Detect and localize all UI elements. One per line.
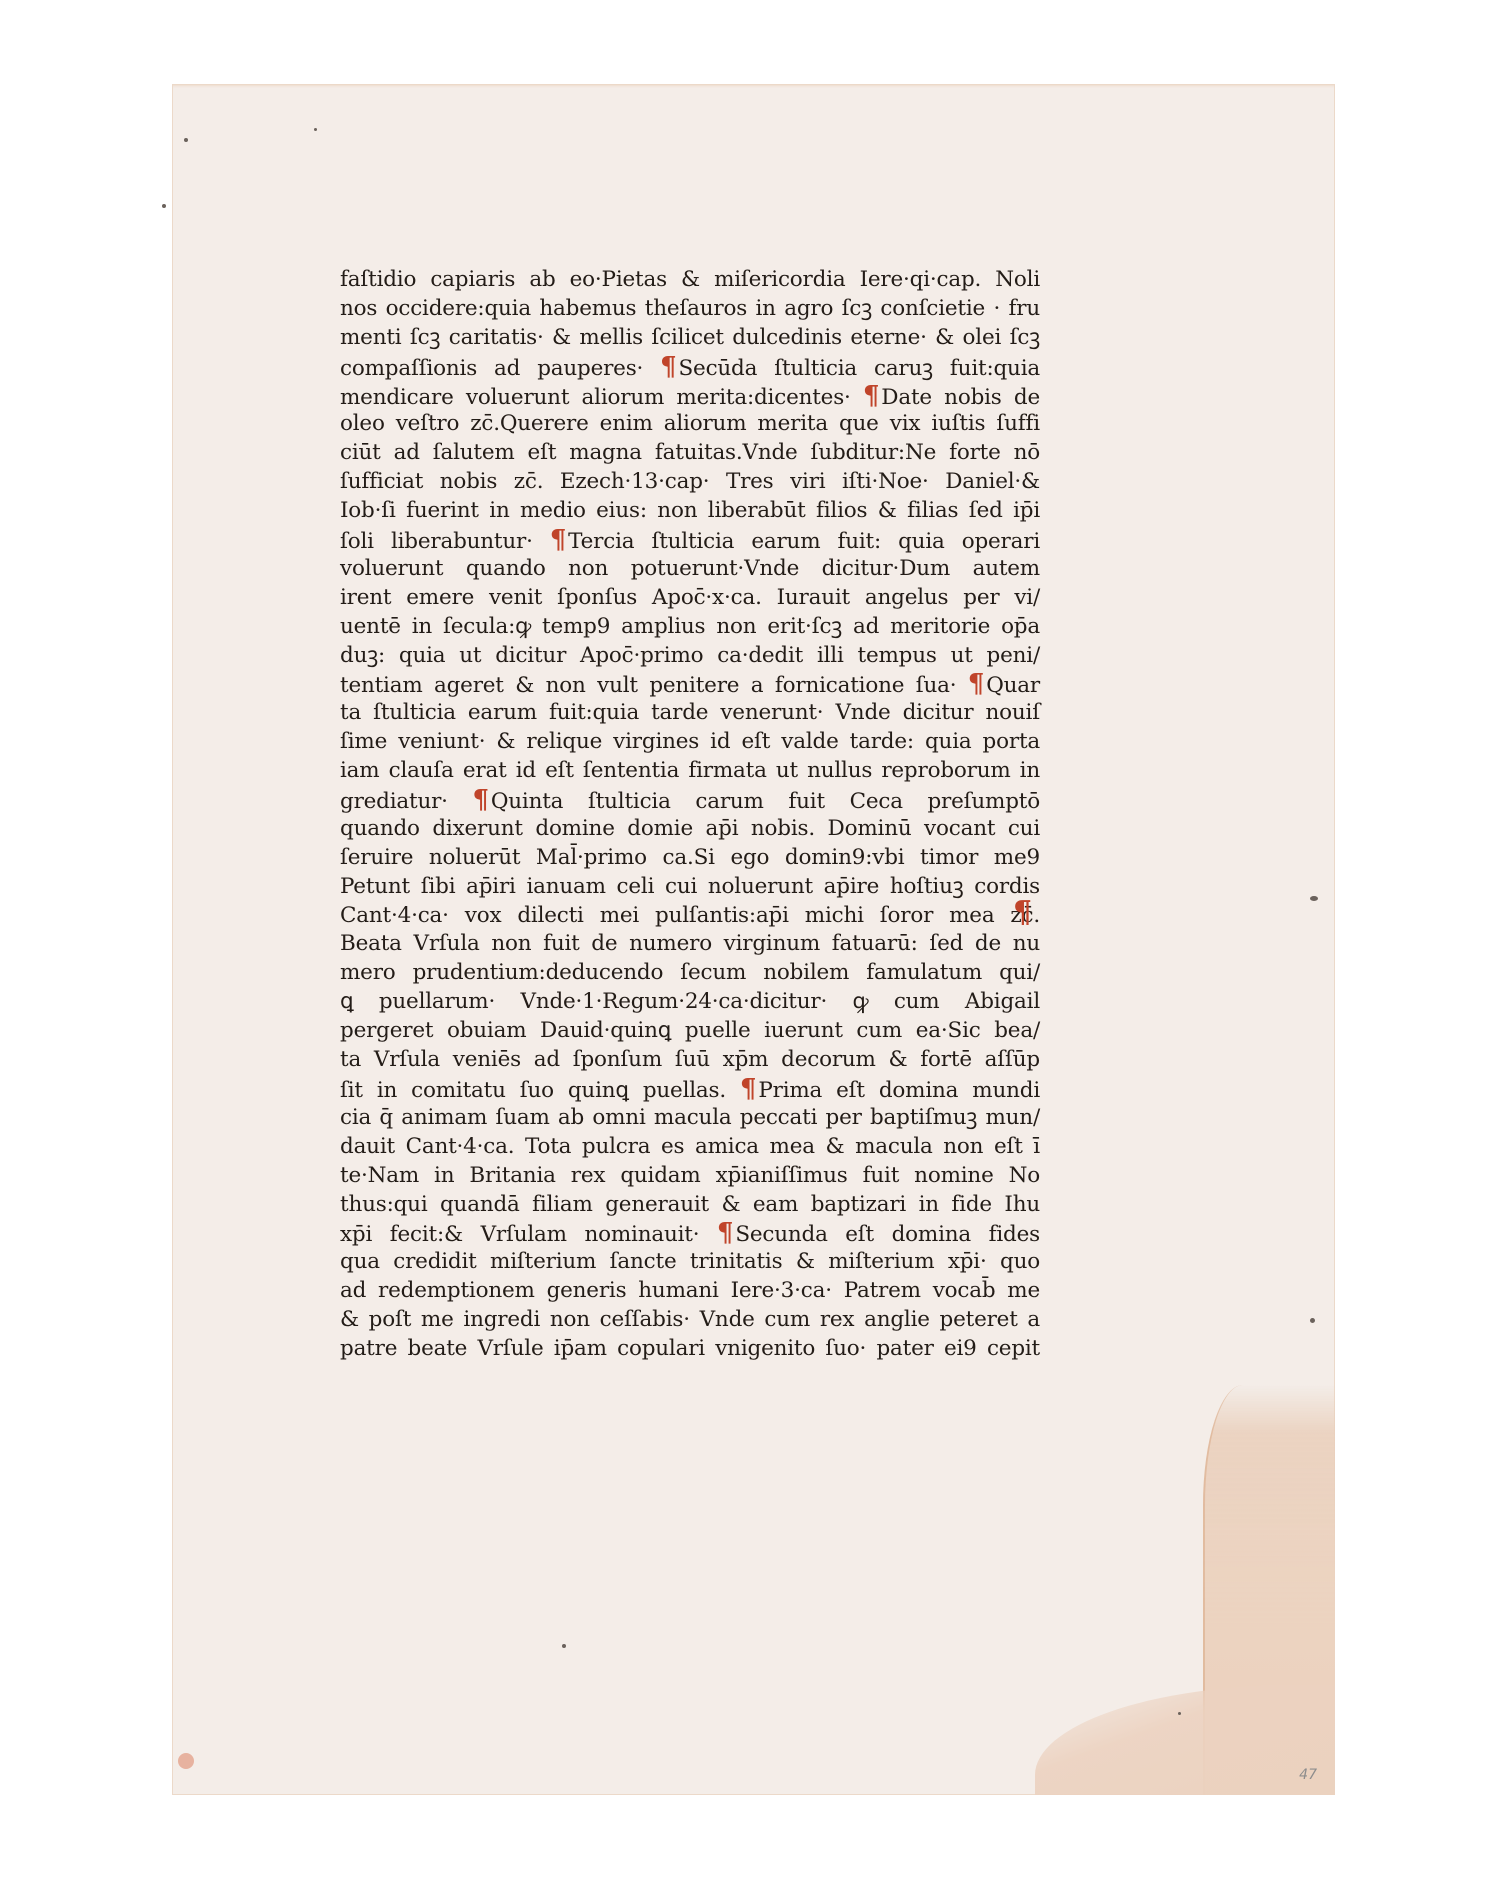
- text-segment: Prima eſt domina mundi: [758, 1078, 1040, 1103]
- text-segment: ta Vrſula veniēs ad ſponſum ſuū xp̄m dec…: [340, 1047, 1040, 1072]
- text-segment: ad redemptionem generis humani Iere·3·ca…: [340, 1278, 1040, 1303]
- text-segment: ꝗ puellarum· Vnde·1·Regum·24·ca·dicitur·…: [340, 989, 1040, 1014]
- text-segment: irent emere venit ſponſus Apoc̄·x·ca. Iu…: [340, 585, 1040, 610]
- red-stain-spot: [178, 1753, 194, 1769]
- margin-paragraph-mark: ¶: [1013, 895, 1032, 930]
- text-line: voluerunt quando non potuerunt·Vnde dici…: [340, 555, 1040, 584]
- text-segment: te·Nam in Britania rex quidam xp̄ianiſſi…: [340, 1163, 1040, 1188]
- text-line: duꝫ: quia ut dicitur Apoc̄·primo ca·dedi…: [340, 642, 1040, 671]
- foxing-spot: [1310, 896, 1318, 901]
- text-line: irent emere venit ſponſus Apoc̄·x·ca. Iu…: [340, 584, 1040, 613]
- text-segment: Petunt ſibi ap̄iri ianuam celi cui nolue…: [340, 874, 1040, 899]
- text-segment: thus:qui quandā filiam generauit & eam b…: [340, 1192, 1040, 1217]
- water-stain-bottom: [1035, 1685, 1335, 1795]
- text-line: Petunt ſibi ap̄iri ianuam celi cui nolue…: [340, 873, 1040, 902]
- text-line: ſoli liberabuntur· ¶Tercia ſtulticia ear…: [340, 526, 1040, 555]
- text-segment: xp̄i fecit:& Vrſulam nominauit·: [340, 1222, 717, 1247]
- text-line: Cant·4·ca· vox dilecti mei pulſantis:ap̄…: [340, 902, 1040, 931]
- text-segment: pergeret obuiam Dauid·quinꝗ puelle iueru…: [340, 1018, 1040, 1043]
- text-line: Beata Vrſula non fuit de numero virginum…: [340, 930, 1040, 959]
- text-segment: ſit in comitatu ſuo quinꝗ puellas.: [340, 1078, 740, 1103]
- text-segment: ſime veniunt· & relique virgines id eſt …: [340, 729, 1040, 754]
- text-line: ſime veniunt· & relique virgines id eſt …: [340, 728, 1040, 757]
- text-segment: menti ſcꝫ caritatis· & mellis ſcilicet d…: [340, 325, 1040, 350]
- text-segment: grediatur·: [340, 789, 472, 814]
- text-segment: qua credidit miſterium ſancte trinitatis…: [340, 1249, 1040, 1274]
- text-segment: compaſſionis ad pauperes·: [340, 356, 660, 381]
- text-line: menti ſcꝫ caritatis· & mellis ſcilicet d…: [340, 324, 1040, 353]
- text-line: faſtidio capiaris ab eo·Pietas & miſeric…: [340, 266, 1040, 295]
- paragraph-mark-icon: ¶: [550, 525, 566, 555]
- paragraph-mark-icon: ¶: [660, 352, 676, 382]
- text-segment: oleo veſtro zc̄.Querere enim aliorum mer…: [340, 411, 1040, 436]
- text-line: qua credidit miſterium ſancte trinitatis…: [340, 1248, 1040, 1277]
- paragraph-mark-icon: ¶: [740, 1074, 756, 1104]
- text-segment: dauit Cant·4·ca. Tota pulcra es amica me…: [340, 1134, 1040, 1159]
- text-line: dauit Cant·4·ca. Tota pulcra es amica me…: [340, 1133, 1040, 1162]
- text-line: mero prudentium:deducendo ſecum nobilem …: [340, 959, 1040, 988]
- text-segment: quando dixerunt domine domie ap̄i nobis.…: [340, 816, 1040, 841]
- text-line: xp̄i fecit:& Vrſulam nominauit· ¶Secunda…: [340, 1219, 1040, 1248]
- text-line: thus:qui quandā filiam generauit & eam b…: [340, 1191, 1040, 1220]
- foxing-spot: [562, 1644, 566, 1648]
- text-segment: uentē in ſecula:ꝙ temp9 amplius non erit…: [340, 614, 1040, 639]
- text-line: tentiam ageret & non vult penitere a for…: [340, 670, 1040, 699]
- text-segment: Tercia ſtulticia earum fuit: quia operar…: [568, 529, 1040, 554]
- foxing-spot: [184, 138, 188, 142]
- paragraph-mark-icon: ¶: [968, 669, 984, 699]
- text-line: compaſſionis ad pauperes· ¶Secūda ſtulti…: [340, 353, 1040, 382]
- text-segment: Iob·ſi fuerint in medio eius: non libera…: [340, 498, 1040, 523]
- text-segment: Secunda eſt domina fides: [735, 1222, 1040, 1247]
- text-line: te·Nam in Britania rex quidam xp̄ianiſſi…: [340, 1162, 1040, 1191]
- text-segment: patre beate Vrſule ip̄am copulari vnigen…: [340, 1336, 1040, 1361]
- text-segment: mero prudentium:deducendo ſecum nobilem …: [340, 960, 1040, 985]
- text-segment: ſufficiat nobis zc̄. Ezech·13·cap· Tres …: [340, 469, 1040, 494]
- text-segment: ciūt ad ſalutem eſt magna fatuitas.Vnde …: [340, 440, 1040, 465]
- text-line: cia q̄ animam ſuam ab omni macula peccat…: [340, 1104, 1040, 1133]
- text-line: ta Vrſula veniēs ad ſponſum ſuū xp̄m dec…: [340, 1046, 1040, 1075]
- text-segment: ſeruire noluerūt Mal̄·primo ca.Si ego do…: [340, 845, 1040, 870]
- foxing-spot: [1310, 1318, 1315, 1323]
- text-segment: Quar: [986, 673, 1040, 698]
- text-line: ta ſtulticia earum fuit:quia tarde vener…: [340, 699, 1040, 728]
- text-segment: Quinta ſtulticia carum fuit Ceca preſump…: [491, 789, 1040, 814]
- text-line: nos occidere:quia habemus theſauros in a…: [340, 295, 1040, 324]
- text-segment: Cant·4·ca· vox dilecti mei pulſantis:ap̄…: [340, 903, 1040, 928]
- text-line: uentē in ſecula:ꝙ temp9 amplius non erit…: [340, 613, 1040, 642]
- foxing-spot: [162, 204, 166, 208]
- text-line: ciūt ad ſalutem eſt magna fatuitas.Vnde …: [340, 439, 1040, 468]
- text-line: mendicare voluerunt aliorum merita:dicen…: [340, 382, 1040, 411]
- text-segment: ſoli liberabuntur·: [340, 529, 550, 554]
- paragraph-mark-icon: ¶: [717, 1218, 733, 1248]
- text-segment: Beata Vrſula non fuit de numero virginum…: [340, 931, 1040, 956]
- text-line: & poſt me ingredi non ceſſabis· Vnde cum…: [340, 1306, 1040, 1335]
- text-segment: nos occidere:quia habemus theſauros in a…: [340, 296, 1040, 321]
- pencil-folio-number: 47: [1299, 1767, 1317, 1783]
- text-line: ad redemptionem generis humani Iere·3·ca…: [340, 1277, 1040, 1306]
- text-line: iam clauſa erat id eſt ſententia firmata…: [340, 757, 1040, 786]
- text-segment: tentiam ageret & non vult penitere a for…: [340, 673, 968, 698]
- text-line: grediatur· ¶Quinta ſtulticia carum fuit …: [340, 786, 1040, 815]
- text-line: oleo veſtro zc̄.Querere enim aliorum mer…: [340, 410, 1040, 439]
- text-segment: duꝫ: quia ut dicitur Apoc̄·primo ca·dedi…: [340, 643, 1040, 668]
- foxing-spot: [314, 128, 317, 131]
- text-segment: mendicare voluerunt aliorum merita:dicen…: [340, 385, 863, 410]
- foxing-spot: [1178, 1712, 1181, 1715]
- text-segment: cia q̄ animam ſuam ab omni macula peccat…: [340, 1105, 1040, 1130]
- text-segment: ta ſtulticia earum fuit:quia tarde vener…: [340, 700, 1040, 725]
- text-segment: voluerunt quando non potuerunt·Vnde dici…: [340, 556, 1040, 581]
- body-text: faſtidio capiaris ab eo·Pietas & miſeric…: [340, 266, 1040, 1364]
- text-line: ſit in comitatu ſuo quinꝗ puellas. ¶Prim…: [340, 1075, 1040, 1104]
- text-segment: & poſt me ingredi non ceſſabis· Vnde cum…: [340, 1307, 1040, 1332]
- text-segment: faſtidio capiaris ab eo·Pietas & miſeric…: [340, 267, 1040, 292]
- text-segment: Date nobis de: [881, 385, 1040, 410]
- text-line: patre beate Vrſule ip̄am copulari vnigen…: [340, 1335, 1040, 1364]
- text-line: pergeret obuiam Dauid·quinꝗ puelle iueru…: [340, 1017, 1040, 1046]
- paragraph-mark-icon: ¶: [863, 381, 879, 411]
- text-line: Iob·ſi fuerint in medio eius: non libera…: [340, 497, 1040, 526]
- text-line: ſufficiat nobis zc̄. Ezech·13·cap· Tres …: [340, 468, 1040, 497]
- text-line: quando dixerunt domine domie ap̄i nobis.…: [340, 815, 1040, 844]
- text-line: ſeruire noluerūt Mal̄·primo ca.Si ego do…: [340, 844, 1040, 873]
- text-line: ꝗ puellarum· Vnde·1·Regum·24·ca·dicitur·…: [340, 988, 1040, 1017]
- text-segment: iam clauſa erat id eſt ſententia firmata…: [340, 758, 1040, 783]
- text-segment: Secūda ſtulticia caruꝫ fuit:quia: [679, 356, 1040, 381]
- paragraph-mark-icon: ¶: [472, 785, 488, 815]
